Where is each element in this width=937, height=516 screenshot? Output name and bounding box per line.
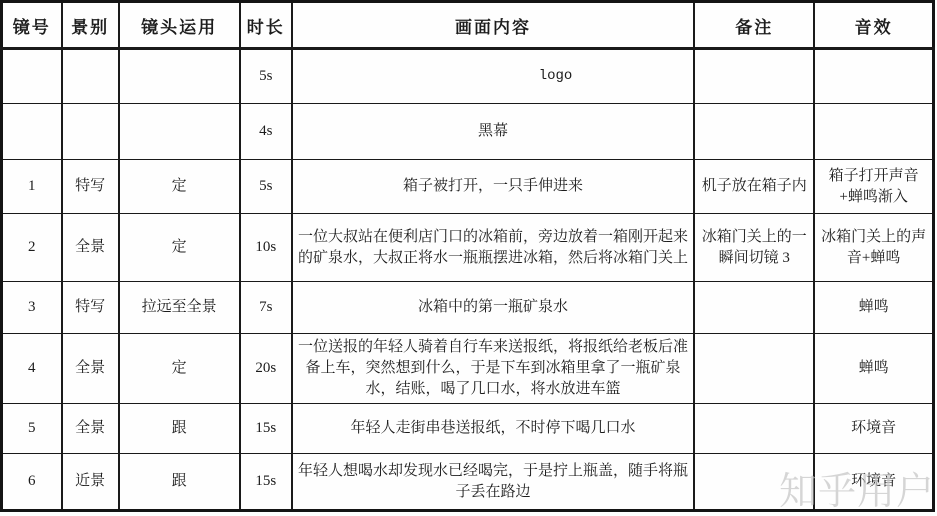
- cell-camera-move: [119, 49, 240, 104]
- cell-sound-effect: 蝉鸣: [814, 334, 933, 404]
- table-row: 2 全景 定 10s 一位大叔站在便利店门口的冰箱前，旁边放着一箱刚开起来的矿泉…: [2, 214, 934, 282]
- cell-shot-type: 全景: [62, 404, 119, 454]
- cell-screen-content: 一位送报的年轻人骑着自行车来送报纸，将报纸给老板后准备上车，突然想到什么，于是下…: [292, 334, 694, 404]
- cell-shot-number: 2: [2, 214, 62, 282]
- cell-sound-effect: 环境音: [814, 404, 933, 454]
- cell-shot-type: 近景: [62, 454, 119, 511]
- cell-sound-effect: [814, 104, 933, 160]
- cell-screen-content: 一位大叔站在便利店门口的冰箱前，旁边放着一箱刚开起来的矿泉水，大叔正将水一瓶瓶摆…: [292, 214, 694, 282]
- cell-note: [694, 404, 814, 454]
- cell-duration: 5s: [240, 49, 292, 104]
- cell-camera-move: 定: [119, 214, 240, 282]
- storyboard-body: 5s logo 4s 黑幕 1 特写 定 5s 箱子被打开，一只手伸进来 机子放…: [2, 49, 934, 511]
- header-row: 镜号景别镜头运用时长画面内容备注音效: [2, 2, 934, 49]
- cell-screen-content: logo: [292, 49, 694, 104]
- cell-camera-move: 跟: [119, 454, 240, 511]
- cell-note: 冰箱门关上的一瞬间切镜 3: [694, 214, 814, 282]
- cell-screen-content: 黑幕: [292, 104, 694, 160]
- column-header: 景别: [62, 2, 119, 49]
- column-header: 画面内容: [292, 2, 694, 49]
- column-header: 音效: [814, 2, 933, 49]
- cell-note: [694, 49, 814, 104]
- cell-shot-type: 全景: [62, 334, 119, 404]
- cell-duration: 4s: [240, 104, 292, 160]
- cell-duration: 5s: [240, 160, 292, 214]
- column-header: 备注: [694, 2, 814, 49]
- cell-shot-type: 全景: [62, 214, 119, 282]
- cell-screen-content: 箱子被打开，一只手伸进来: [292, 160, 694, 214]
- cell-duration: 15s: [240, 454, 292, 511]
- cell-sound-effect: 箱子打开声音+蝉鸣渐入: [814, 160, 933, 214]
- cell-shot-type: 特写: [62, 160, 119, 214]
- cell-screen-content: 年轻人想喝水却发现水已经喝完，于是拧上瓶盖，随手将瓶子丢在路边: [292, 454, 694, 511]
- cell-camera-move: [119, 104, 240, 160]
- table-row: 1 特写 定 5s 箱子被打开，一只手伸进来 机子放在箱子内 箱子打开声音+蝉鸣…: [2, 160, 934, 214]
- column-header: 镜号: [2, 2, 62, 49]
- table-row: 5s logo: [2, 49, 934, 104]
- table-row: 3 特写 拉远至全景 7s 冰箱中的第一瓶矿泉水 蝉鸣: [2, 282, 934, 334]
- cell-camera-move: 拉远至全景: [119, 282, 240, 334]
- storyboard-table: 镜号景别镜头运用时长画面内容备注音效 5s logo 4s 黑幕 1 特写 定 …: [0, 0, 935, 512]
- table-row: 6 近景 跟 15s 年轻人想喝水却发现水已经喝完，于是拧上瓶盖，随手将瓶子丢在…: [2, 454, 934, 511]
- cell-shot-type: 特写: [62, 282, 119, 334]
- cell-camera-move: 跟: [119, 404, 240, 454]
- cell-shot-number: 1: [2, 160, 62, 214]
- cell-shot-number: [2, 104, 62, 160]
- cell-shot-number: 5: [2, 404, 62, 454]
- cell-shot-number: 4: [2, 334, 62, 404]
- cell-screen-content: 年轻人走街串巷送报纸，不时停下喝几口水: [292, 404, 694, 454]
- storyboard-page: 镜号景别镜头运用时长画面内容备注音效 5s logo 4s 黑幕 1 特写 定 …: [0, 0, 937, 516]
- cell-note: [694, 454, 814, 511]
- cell-screen-content: 冰箱中的第一瓶矿泉水: [292, 282, 694, 334]
- cell-sound-effect: 冰箱门关上的声音+蝉鸣: [814, 214, 933, 282]
- cell-duration: 15s: [240, 404, 292, 454]
- cell-duration: 10s: [240, 214, 292, 282]
- cell-duration: 7s: [240, 282, 292, 334]
- column-header: 镜头运用: [119, 2, 240, 49]
- cell-shot-type: [62, 49, 119, 104]
- cell-note: 机子放在箱子内: [694, 160, 814, 214]
- table-row: 4s 黑幕: [2, 104, 934, 160]
- cell-shot-number: 6: [2, 454, 62, 511]
- table-row: 5 全景 跟 15s 年轻人走街串巷送报纸，不时停下喝几口水 环境音: [2, 404, 934, 454]
- cell-shot-number: 3: [2, 282, 62, 334]
- column-header: 时长: [240, 2, 292, 49]
- cell-camera-move: 定: [119, 160, 240, 214]
- cell-note: [694, 104, 814, 160]
- cell-sound-effect: 蝉鸣: [814, 282, 933, 334]
- cell-note: [694, 282, 814, 334]
- cell-note: [694, 334, 814, 404]
- cell-sound-effect: 环境音: [814, 454, 933, 511]
- cell-shot-type: [62, 104, 119, 160]
- cell-camera-move: 定: [119, 334, 240, 404]
- cell-duration: 20s: [240, 334, 292, 404]
- table-row: 4 全景 定 20s 一位送报的年轻人骑着自行车来送报纸，将报纸给老板后准备上车…: [2, 334, 934, 404]
- cell-shot-number: [2, 49, 62, 104]
- cell-sound-effect: [814, 49, 933, 104]
